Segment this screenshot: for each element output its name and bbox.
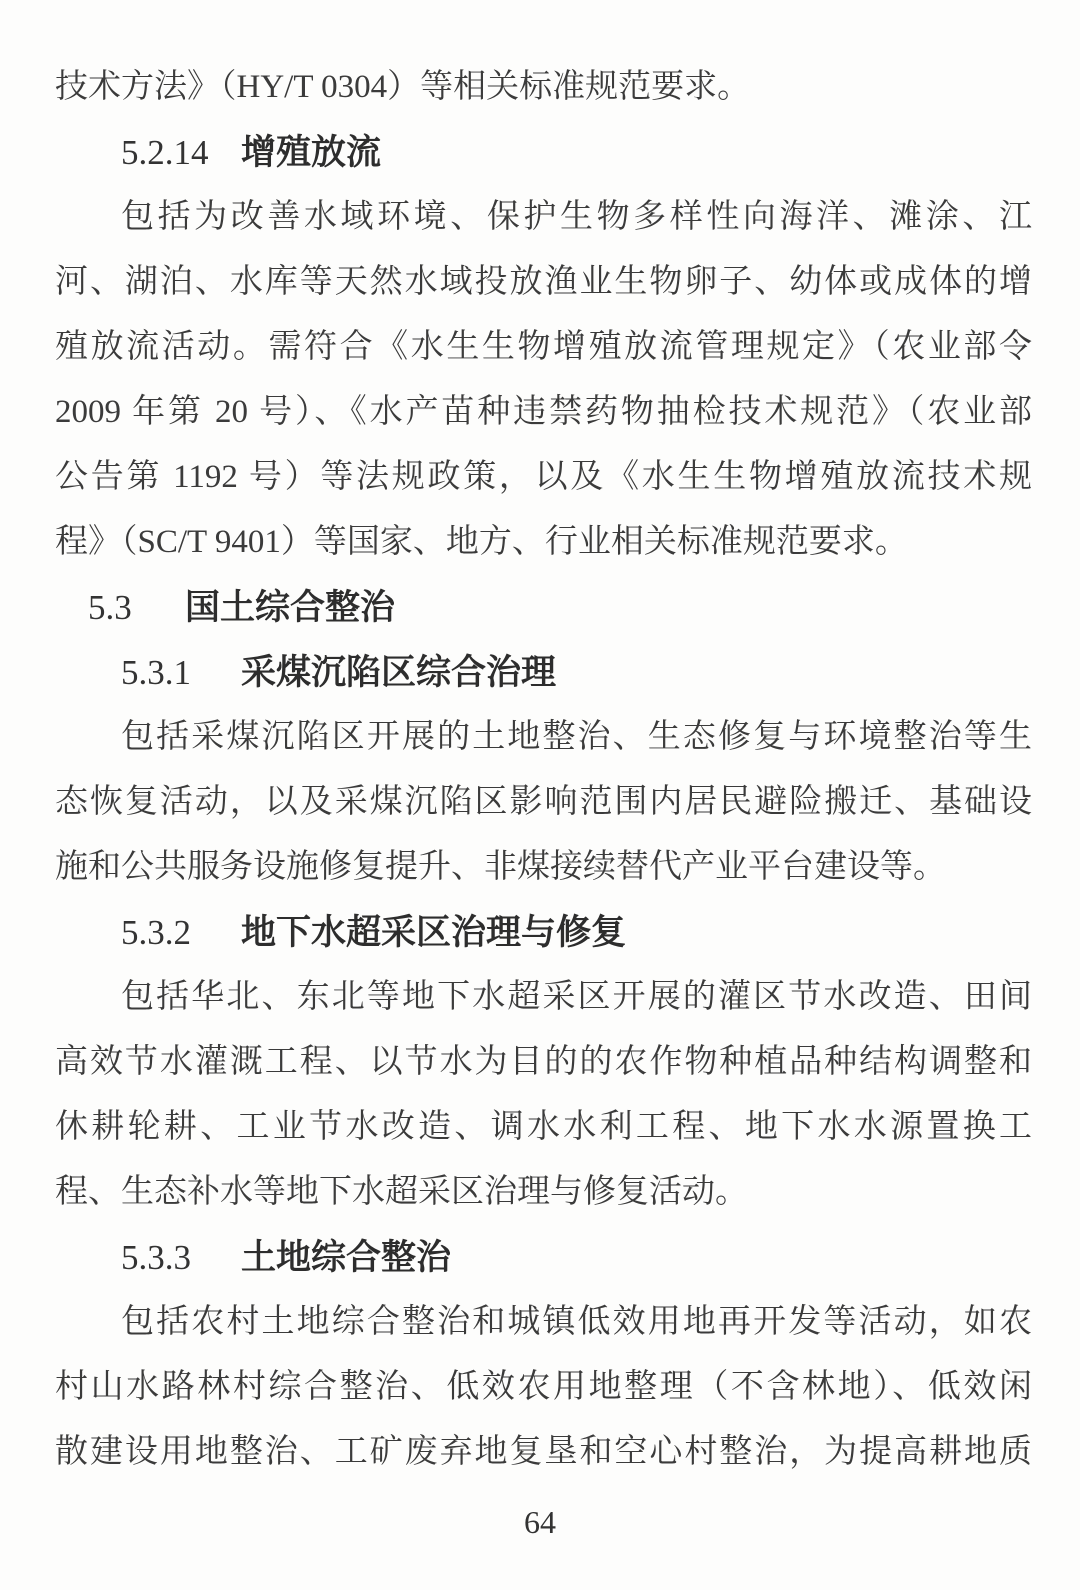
paragraph-line: 休耕轮耕、工业节水改造、调水水利工程、地下水水源置换工 — [55, 1095, 1032, 1160]
paragraph: 包括华北、东北等地下水超采区开展的灌区节水改造、田间高效节水灌溉工程、以节水为目… — [55, 965, 1032, 1225]
section-heading-5.3.2: 5.3.2地下水超采区治理与修复 — [55, 900, 1032, 965]
section-heading-5.2.14: 5.2.14增殖放流 — [55, 120, 1032, 185]
paragraph: 包括采煤沉陷区开展的土地整治、生态修复与环境整治等生态恢复活动，以及采煤沉陷区影… — [55, 705, 1032, 900]
paragraph: 包括为改善水域环境、保护生物多样性向海洋、滩涂、江河、湖泊、水库等天然水域投放渔… — [55, 185, 1032, 575]
paragraph-line: 包括为改善水域环境、保护生物多样性向海洋、滩涂、江 — [55, 185, 1032, 250]
paragraph-line: 公告第 1192 号）等法规政策，以及《水生生物增殖放流技术规 — [55, 445, 1032, 510]
paragraph-line: 程》（SC/T 9401）等国家、地方、行业相关标准规范要求。 — [55, 510, 1032, 575]
paragraph: 包括农村土地综合整治和城镇低效用地再开发等活动，如农村山水路林村综合整治、低效农… — [55, 1290, 1032, 1485]
paragraph-line: 高效节水灌溉工程、以节水为目的的农作物种植品种结构调整和 — [55, 1030, 1032, 1095]
heading-number: 5.3.3 — [121, 1225, 241, 1290]
heading-title: 国土综合整治 — [185, 588, 395, 627]
paragraph-line: 殖放流活动。需符合《水生生物增殖放流管理规定》（农业部令 — [55, 315, 1032, 380]
heading-title: 采煤沉陷区综合治理 — [241, 653, 556, 692]
paragraph-line: 村山水路林村综合整治、低效农用地整理（不含林地）、低效闲 — [55, 1355, 1032, 1420]
paragraph-line: 包括采煤沉陷区开展的土地整治、生态修复与环境整治等生 — [55, 705, 1032, 770]
paragraph-line: 河、湖泊、水库等天然水域投放渔业生物卵子、幼体或成体的增 — [55, 250, 1032, 315]
paragraph-line: 包括农村土地综合整治和城镇低效用地再开发等活动，如农 — [55, 1290, 1032, 1355]
section-heading-5.3: 5.3国土综合整治 — [55, 575, 1032, 640]
heading-number: 5.3.1 — [121, 640, 241, 705]
document-page: 技术方法》（HY/T 0304）等相关标准规范要求。5.2.14增殖放流包括为改… — [0, 0, 1080, 1590]
document-body: 技术方法》（HY/T 0304）等相关标准规范要求。5.2.14增殖放流包括为改… — [0, 0, 1080, 1485]
paragraph: 技术方法》（HY/T 0304）等相关标准规范要求。 — [55, 55, 1032, 120]
page-number: 64 — [524, 1504, 556, 1540]
heading-title: 地下水超采区治理与修复 — [241, 913, 626, 952]
heading-number: 5.3.2 — [121, 900, 241, 965]
paragraph-line: 2009 年第 20 号）、《水产苗种违禁药物抽检技术规范》（农业部 — [55, 380, 1032, 445]
page-footer: 64 — [0, 1492, 1080, 1552]
paragraph-line: 包括华北、东北等地下水超采区开展的灌区节水改造、田间 — [55, 965, 1032, 1030]
heading-number: 5.3 — [88, 575, 185, 640]
paragraph-line: 技术方法》（HY/T 0304）等相关标准规范要求。 — [55, 55, 1032, 120]
paragraph-line: 态恢复活动，以及采煤沉陷区影响范围内居民避险搬迁、基础设 — [55, 770, 1032, 835]
section-heading-5.3.1: 5.3.1采煤沉陷区综合治理 — [55, 640, 1032, 705]
heading-number: 5.2.14 — [121, 120, 241, 185]
heading-title: 增殖放流 — [241, 133, 381, 172]
paragraph-line: 程、生态补水等地下水超采区治理与修复活动。 — [55, 1160, 1032, 1225]
paragraph-line: 施和公共服务设施修复提升、非煤接续替代产业平台建设等。 — [55, 835, 1032, 900]
section-heading-5.3.3: 5.3.3土地综合整治 — [55, 1225, 1032, 1290]
heading-title: 土地综合整治 — [241, 1238, 451, 1277]
paragraph-line: 散建设用地整治、工矿废弃地复垦和空心村整治，为提高耕地质 — [55, 1420, 1032, 1485]
